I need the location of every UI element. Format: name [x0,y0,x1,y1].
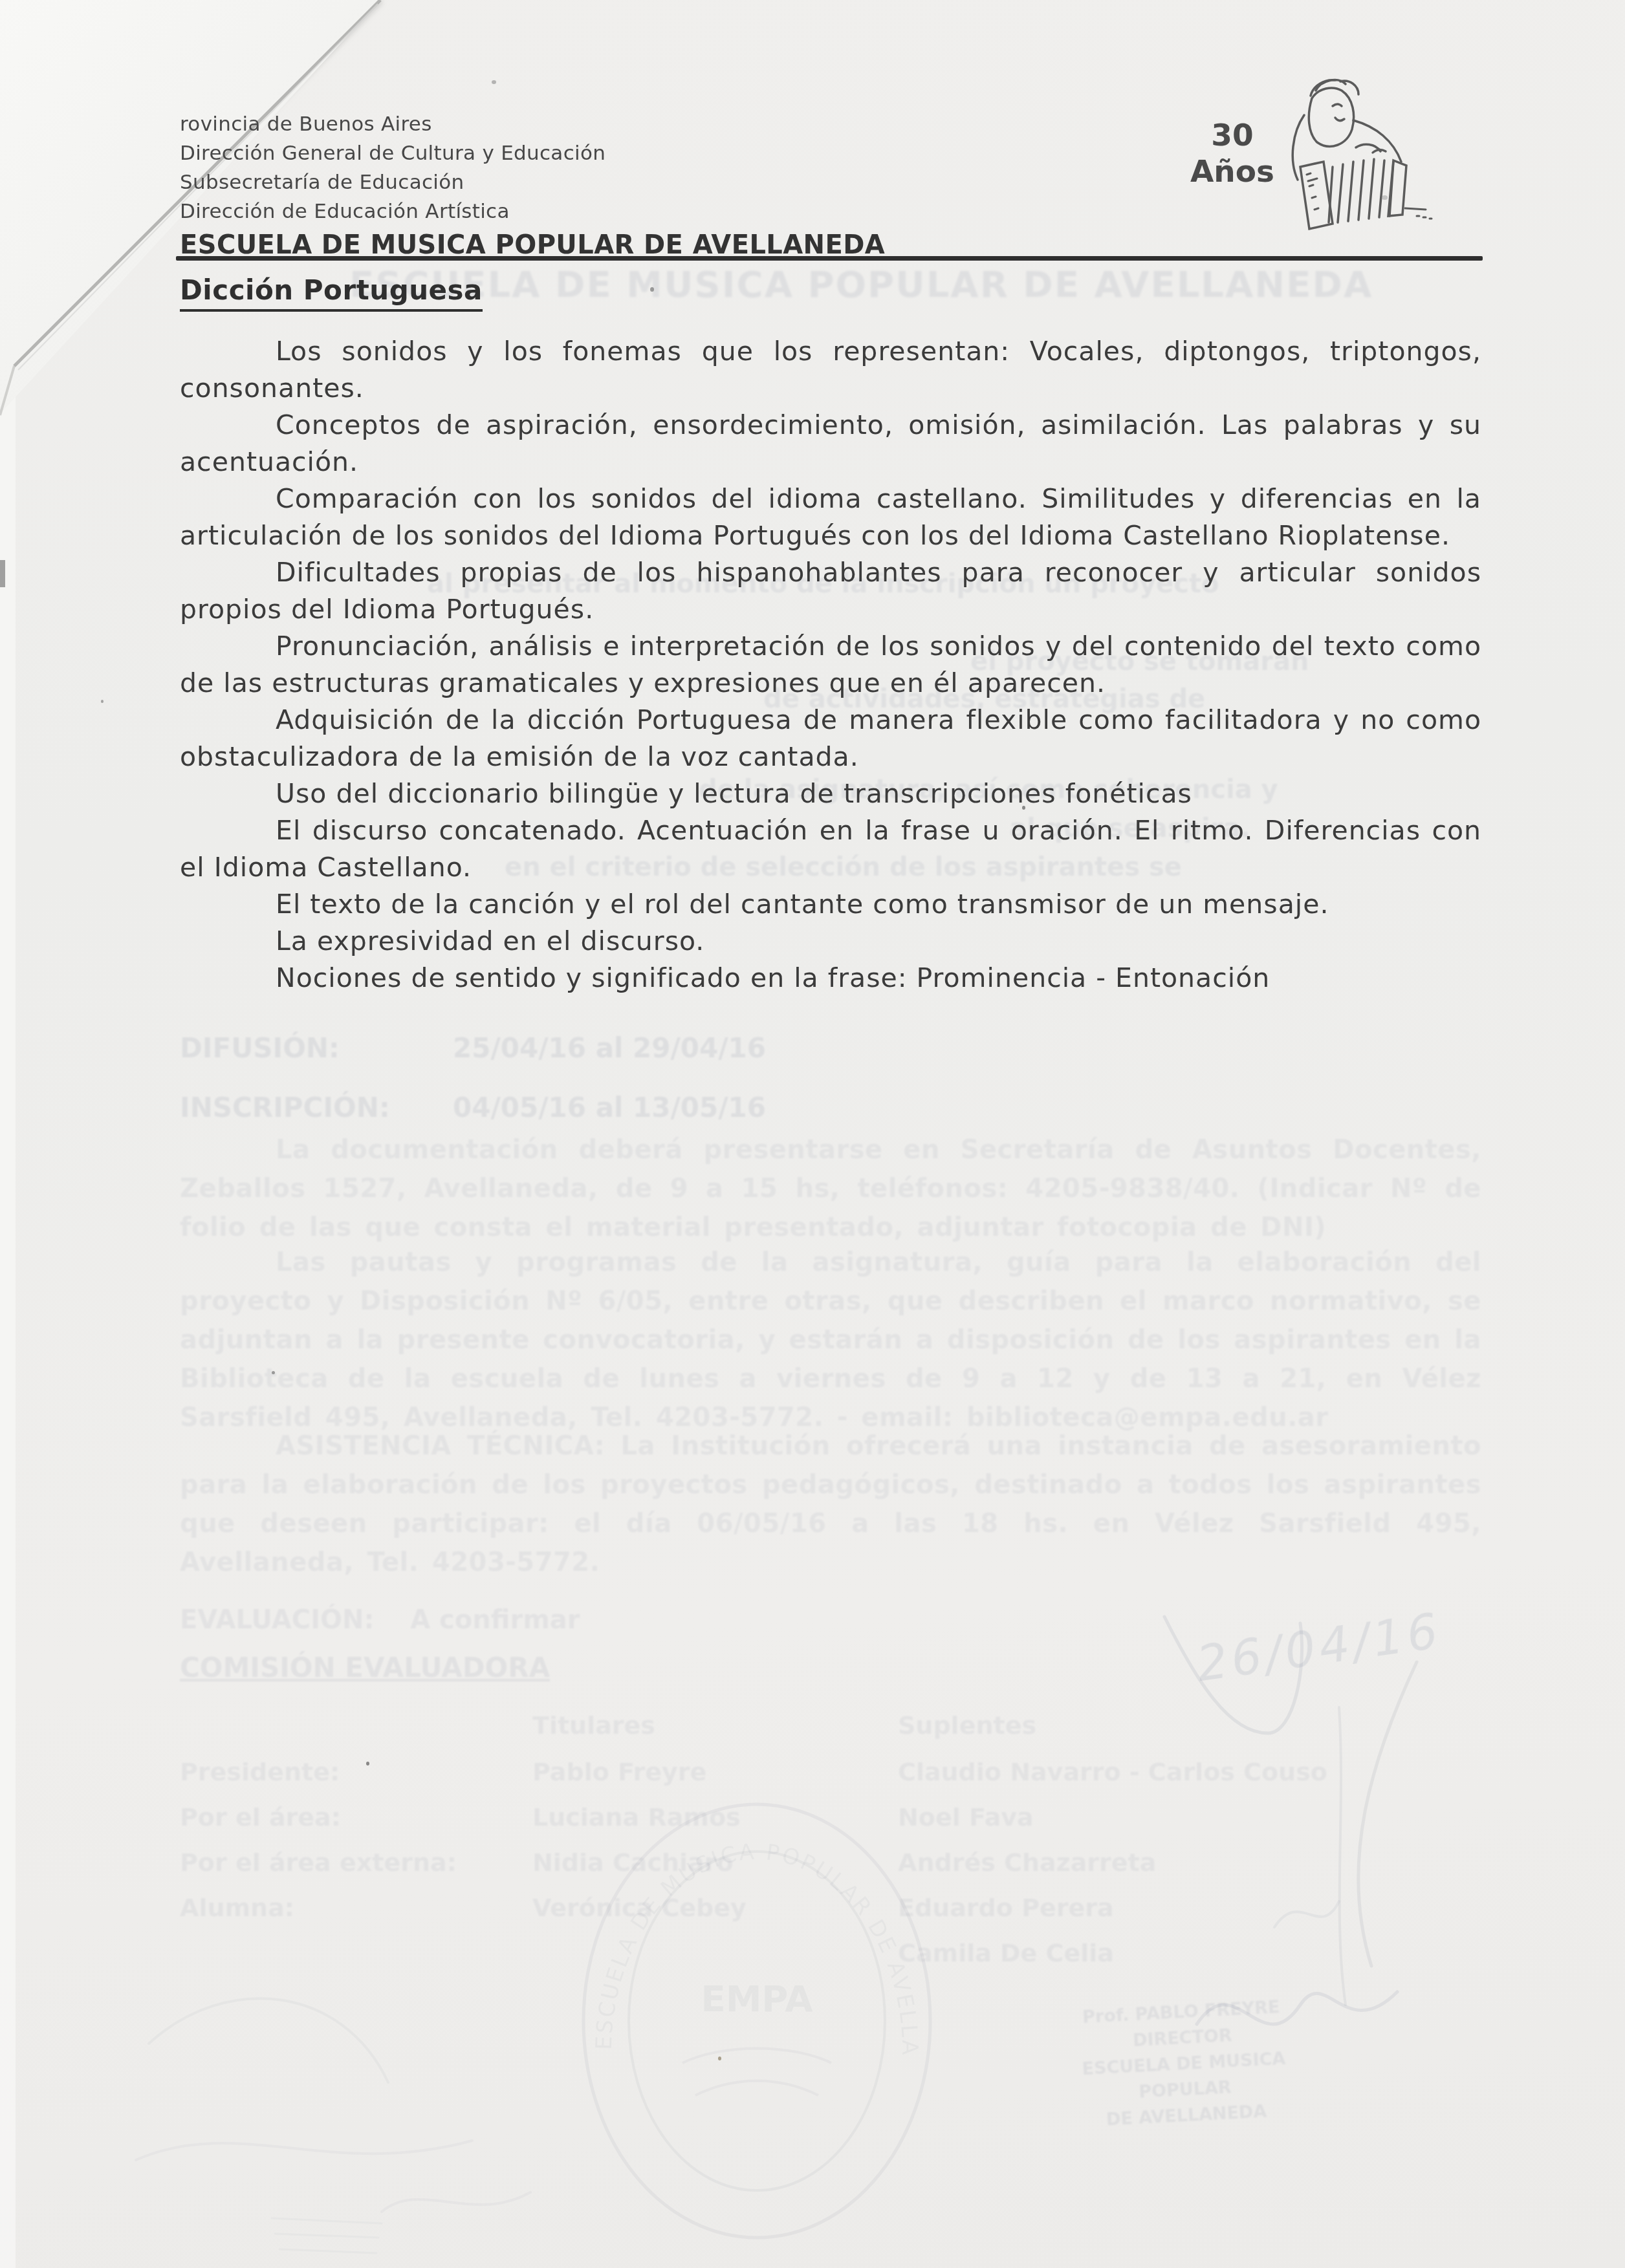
left-edge-nick [0,560,5,587]
ghost-paragraph: Las pautas y programas de la asignatura,… [180,1243,1481,1437]
header-line-subsecretaria: Subsecretaría de Educación [180,168,885,197]
ghost-committee-heading: COMISIÓN EVALUADORA [180,1652,550,1683]
body-paragraph: Conceptos de aspiración, ensordecimiento… [180,407,1481,481]
ghost-inscripcion-label: INSCRIPCIÓN: [180,1092,390,1123]
ghost-paragraph: ASISTENCIA TÉCNICA: La Institución ofrec… [180,1427,1481,1582]
ghost-col-header-titulares: Titulares [532,1711,655,1740]
ghost-paragraph: La documentación deberá presentarse en S… [180,1130,1481,1247]
body-paragraph: Adquisición de la dicción Portuguesa de … [180,702,1481,775]
body-paragraph: Nociones de sentido y significado en la … [180,960,1481,997]
ghost-seal-center-text: EMPA [701,1978,813,2020]
scan-speck [101,700,104,703]
ghost-evaluation-line: EVALUACIÓN: A confirmar [180,1605,580,1635]
scan-speck [718,2057,721,2060]
ghost-director-stamp: Prof. PABLO FREYRE DIRECTOR ESCUELA DE M… [1032,1992,1336,2137]
header-block: rovincia de Buenos Aires Dirección Gener… [180,110,885,260]
scan-speck [366,1762,369,1766]
page-title: Dicción Portuguesa [180,274,483,312]
ghost-row-label: Por el área: [180,1803,341,1831]
body-text: Los sonidos y los fonemas que los repres… [180,333,1481,997]
hands [1356,144,1386,153]
scan-speck [1022,806,1025,810]
header-line-provincia: rovincia de Buenos Aires [180,110,885,139]
ghost-row-label: Alumna: [180,1894,294,1922]
keyboard-buttons [1307,173,1318,210]
ghost-oval-seal: ESCUELA DE MUSICA POPULAR DE AVELLANEDA … [566,1791,948,2251]
body-paragraph: La expresividad en el discurso. [180,923,1481,960]
scan-speck [492,80,496,84]
ghost-watermark-heading: ESCUELA DE MUSICA POPULAR DE AVELLANEDA [349,264,1294,306]
ghost-scribbles-bottom-left [110,1960,589,2263]
back-line [1292,115,1304,180]
ghost-col-header-suplentes: Suplentes [898,1711,1036,1740]
scanned-document-page: ESCUELA DE MUSICA POPULAR DE AVELLANEDA … [0,0,1625,2268]
ghost-row-label: Por el área externa: [180,1848,457,1877]
ghost-difusion-dates: 25/04/16 al 29/04/16 [453,1032,766,1064]
body-paragraph: Pronunciación, análisis e interpretación… [180,628,1481,702]
base-line [1405,208,1432,219]
body-paragraph: Los sonidos y los fonemas que los repres… [180,333,1481,407]
ghost-cell-titular: Pablo Freyre [532,1758,706,1786]
scan-speck [650,287,654,292]
header-line-direccion-general: Dirección General de Cultura y Educación [180,139,885,168]
ghost-row-label: Presidente: [180,1758,340,1786]
scan-speck [1382,195,1388,200]
body-paragraph: El discurso concatenado. Acentuación en … [180,812,1481,886]
header-rule [176,256,1483,261]
body-paragraph: El texto de la canción y el rol del cant… [180,886,1481,923]
face-marks [1333,104,1344,121]
body-paragraph: Comparación con los sonidos del idioma c… [180,481,1481,554]
ghost-difusion-label: DIFUSIÓN: [180,1032,340,1064]
ghost-inscripcion-dates: 04/05/16 al 13/05/16 [453,1092,766,1123]
head-outline [1309,88,1353,146]
scan-speck [272,1371,275,1374]
arm-line [1353,120,1401,162]
bandoneon-player-icon [1278,70,1434,238]
bellows-lines [1329,159,1393,222]
body-paragraph: Dificultades propias de los hispanohabla… [180,554,1481,628]
header-line-direccion-artistica: Dirección de Educación Artística [180,197,885,226]
body-paragraph: Uso del diccionario bilingüe y lectura d… [180,775,1481,812]
keyboard-plate [1300,162,1333,229]
